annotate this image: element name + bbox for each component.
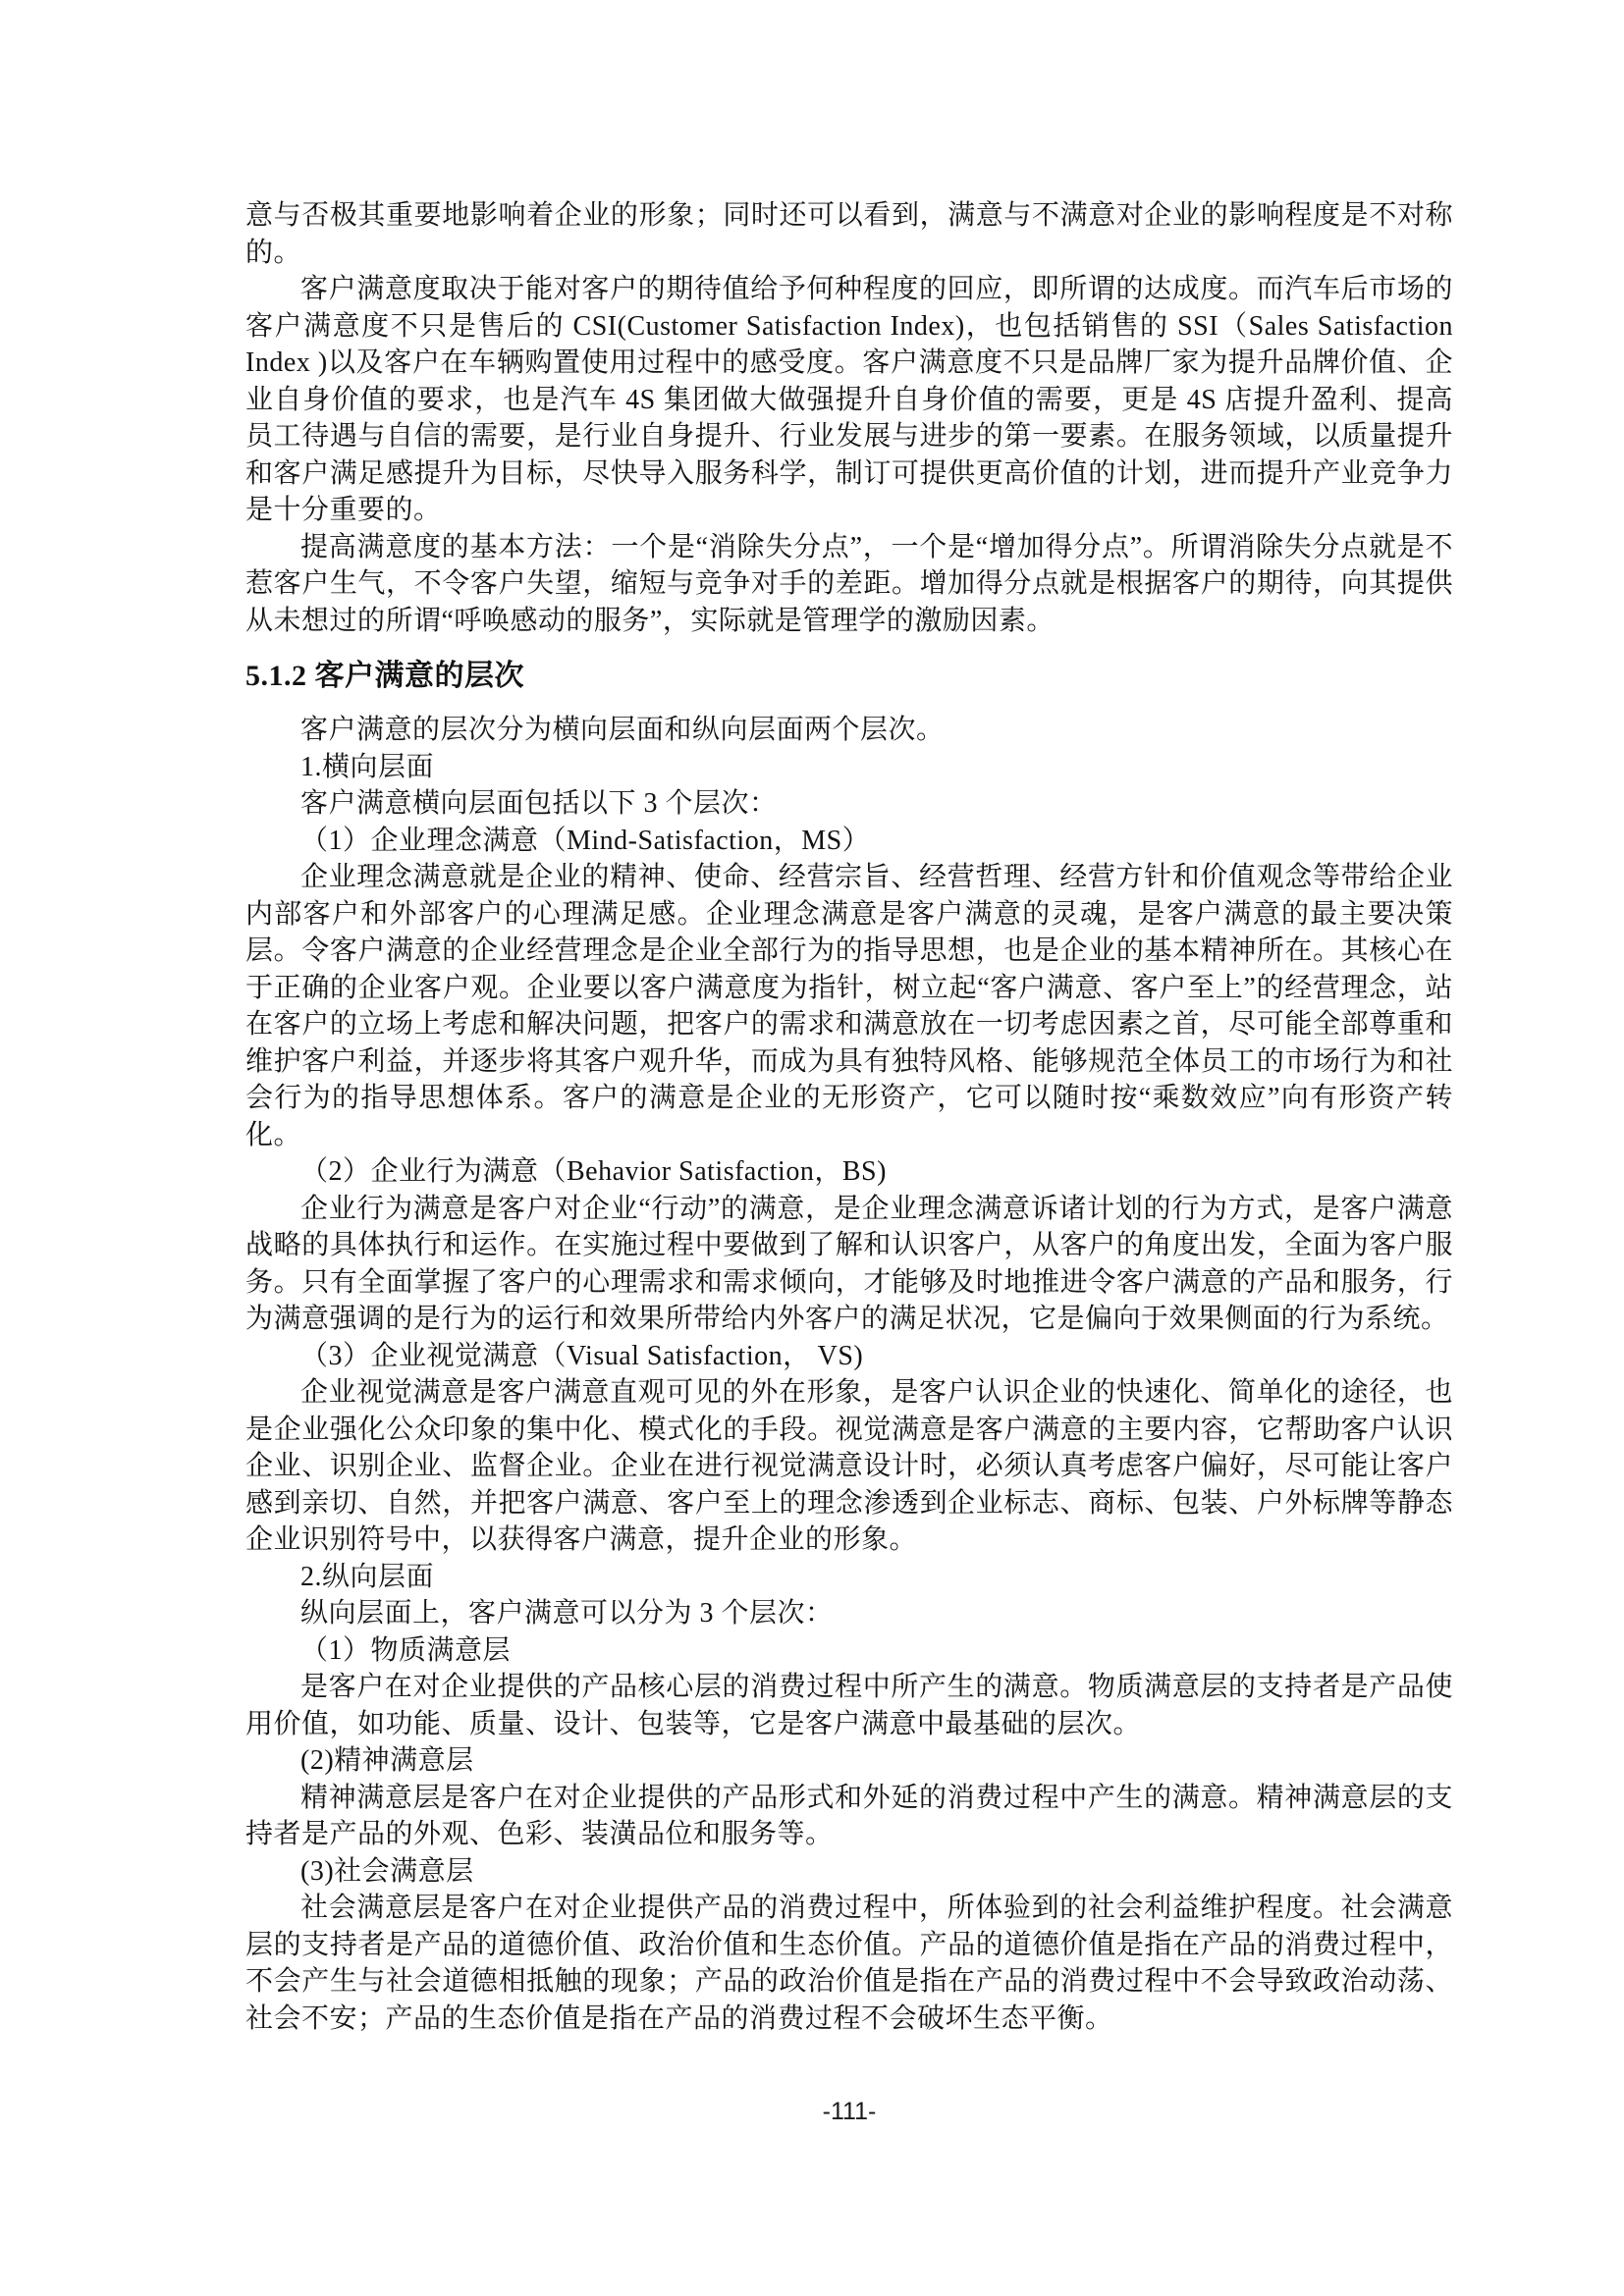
body-paragraph: 纵向层面上，客户满意可以分为 3 个层次： [245, 1595, 1453, 1632]
text-column: 意与否极其重要地影响着企业的形象；同时还可以看到，满意与不满意对企业的影响程度是… [245, 197, 1453, 2037]
body-paragraph: 客户满意的层次分为横向层面和纵向层面两个层次。 [245, 712, 1453, 749]
body-paragraph: 客户满意度取决于能对客户的期待值给予何种程度的回应，即所谓的达成度。而汽车后市场… [245, 271, 1453, 529]
list-item-heading: (3)社会满意层 [245, 1853, 1453, 1891]
document-page: 意与否极其重要地影响着企业的形象；同时还可以看到，满意与不满意对企业的影响程度是… [0, 0, 1624, 2296]
list-item-heading: （1）企业理念满意（Mind-Satisfaction，MS） [245, 823, 1453, 860]
body-paragraph: 客户满意横向层面包括以下 3 个层次： [245, 785, 1453, 823]
body-paragraph: 社会满意层是客户在对企业提供产品的消费过程中，所体验到的社会利益维护程度。社会满… [245, 1890, 1453, 2037]
list-item-heading: （2）企业行为满意（Behavior Satisfaction，BS) [245, 1153, 1453, 1191]
body-paragraph: 意与否极其重要地影响着企业的形象；同时还可以看到，满意与不满意对企业的影响程度是… [245, 197, 1453, 271]
list-label-paragraph: 1.横向层面 [245, 749, 1453, 786]
body-paragraph: 企业理念满意就是企业的精神、使命、经营宗旨、经营哲理、经营方针和价值观念等带给企… [245, 859, 1453, 1153]
body-paragraph: 企业视觉满意是客户满意直观可见的外在形象，是客户认识企业的快速化、简单化的途径，… [245, 1374, 1453, 1559]
list-label-paragraph: 2.纵向层面 [245, 1559, 1453, 1596]
list-item-heading: （3）企业视觉满意（Visual Satisfaction， VS) [245, 1338, 1453, 1375]
body-paragraph: 精神满意层是客户在对企业提供的产品形式和外延的消费过程中产生的满意。精神满意层的… [245, 1780, 1453, 1853]
page-number: -111- [245, 2097, 1453, 2126]
body-paragraph: 是客户在对企业提供的产品核心层的消费过程中所产生的满意。物质满意层的支持者是产品… [245, 1669, 1453, 1742]
body-paragraph: 企业行为满意是客户对企业“行动”的满意，是企业理念满意诉诸计划的行为方式，是客户… [245, 1191, 1453, 1338]
section-heading: 5.1.2 客户满意的层次 [245, 656, 1453, 697]
list-item-heading: （1）物质满意层 [245, 1632, 1453, 1670]
body-paragraph: 提高满意度的基本方法：一个是“消除失分点”，一个是“增加得分点”。所谓消除失分点… [245, 529, 1453, 640]
list-item-heading: (2)精神满意层 [245, 1742, 1453, 1780]
